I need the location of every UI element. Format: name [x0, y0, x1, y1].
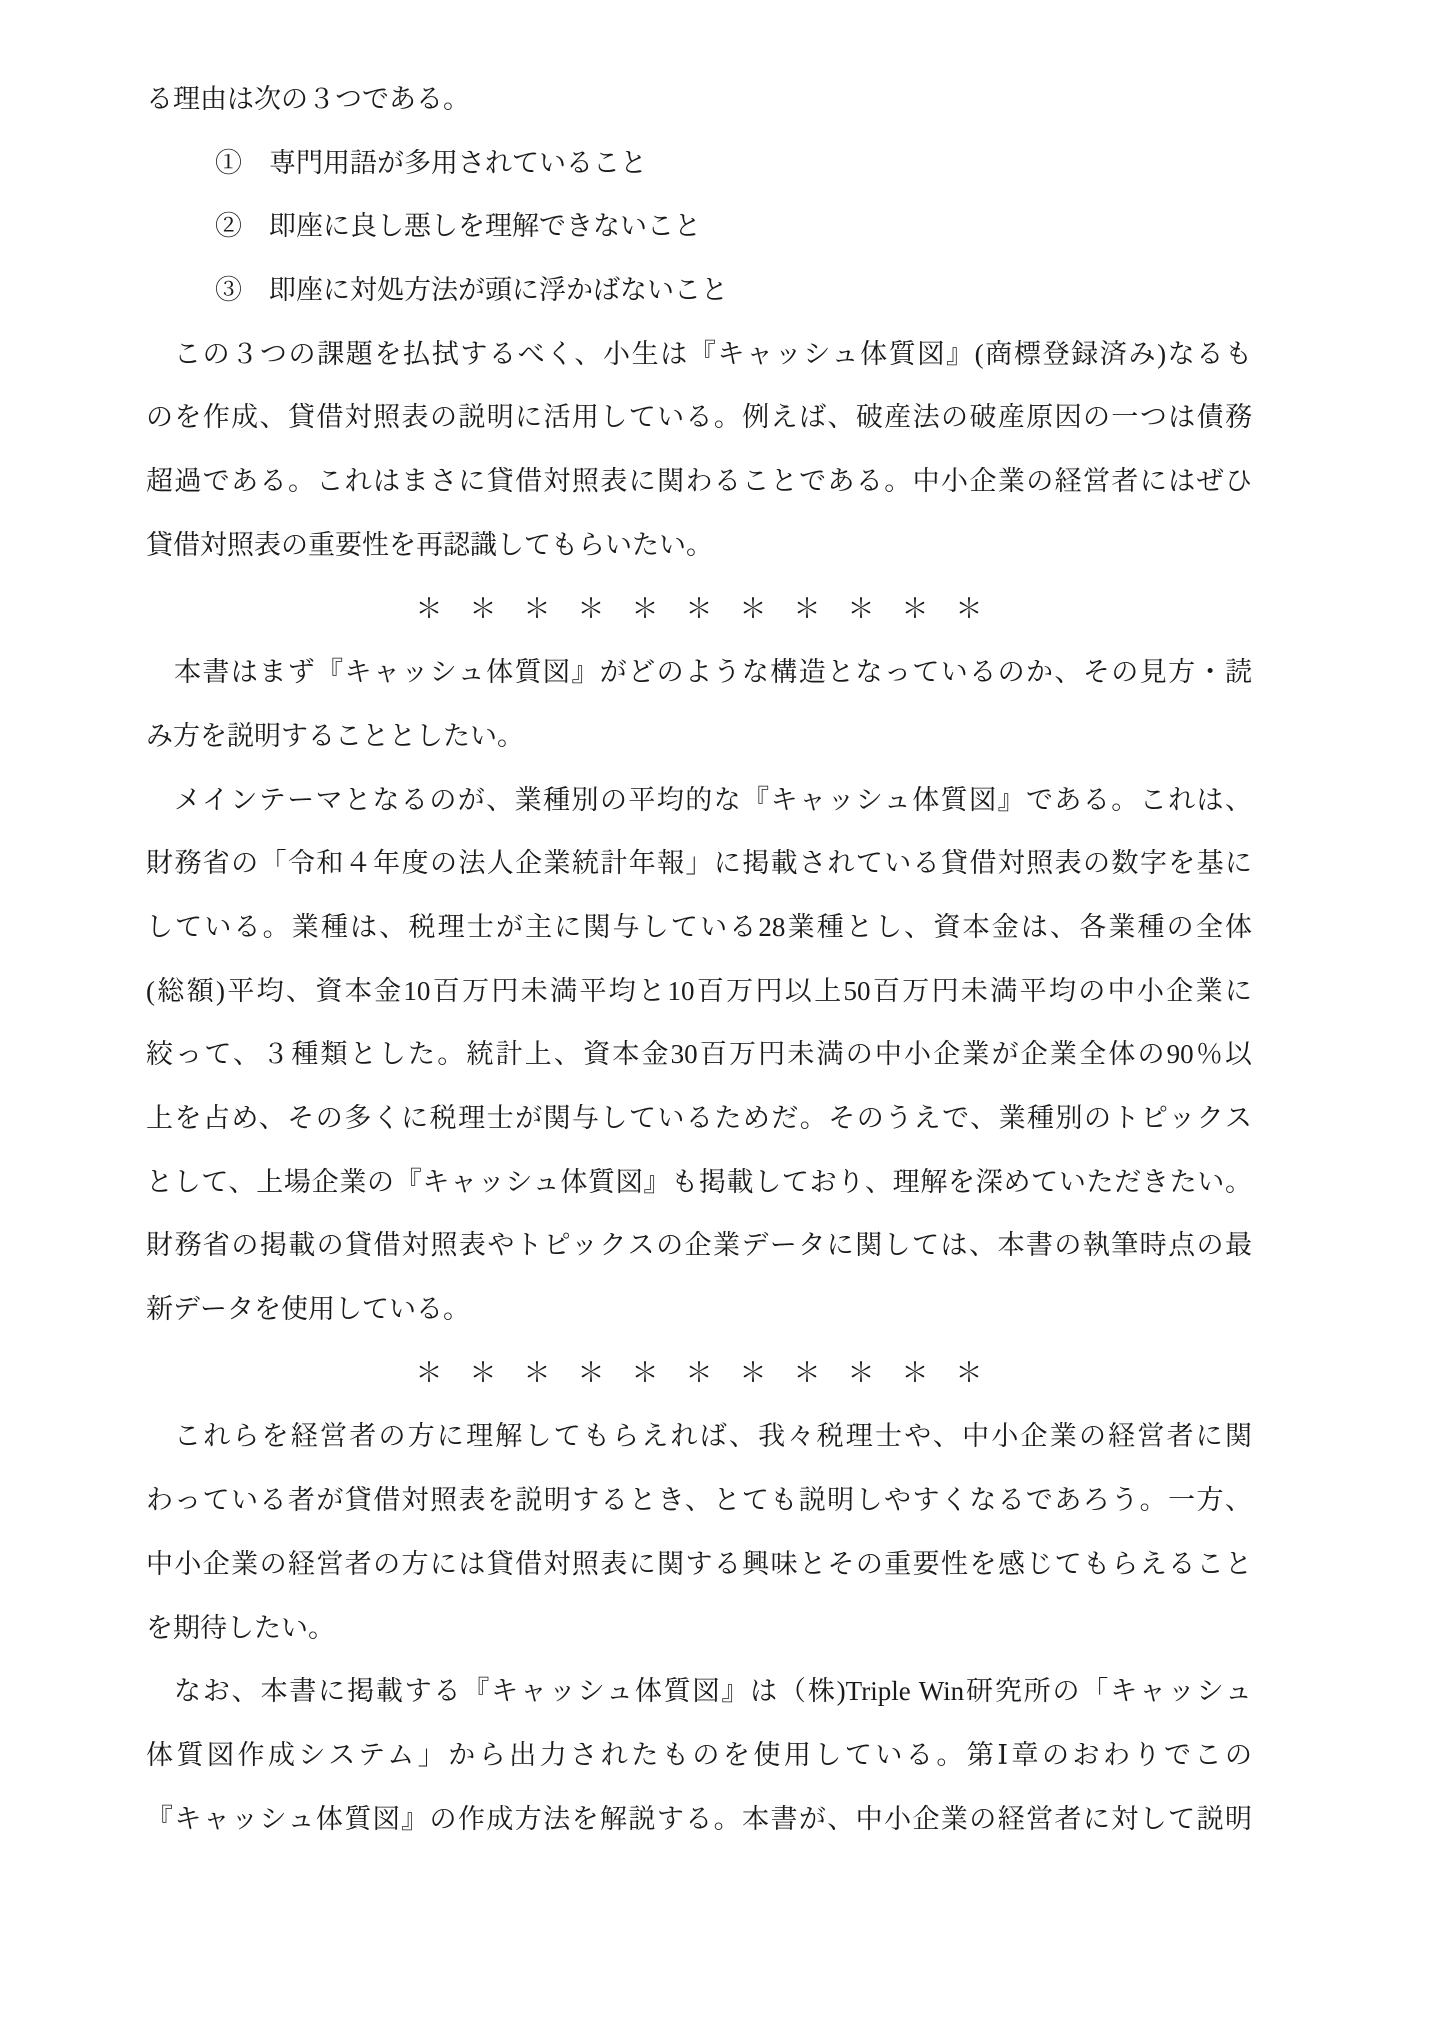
list-item-3: ③ 即座に対処方法が頭に浮かばないこと — [146, 259, 1252, 323]
text-line: 新データを使用している。 — [146, 1278, 1252, 1342]
text-line: 本書はまず『キャッシュ体質図』がどのような構造となっているのか、その見方・読 — [146, 641, 1252, 705]
text-line: 『キャッシュ体質図』の作成方法を解説する。本書が、中小企業の経営者に対して説明 — [146, 1788, 1252, 1852]
text-line: メインテーマとなるのが、業種別の平均的な『キャッシュ体質図』である。これは、 — [146, 769, 1252, 833]
text-line: わっている者が貸借対照表を説明するとき、とても説明しやすくなるであろう。一方、 — [146, 1469, 1252, 1533]
text-line: 財務省の「令和４年度の法人企業統計年報」に掲載されている貸借対照表の数字を基に — [146, 832, 1252, 896]
text-line: として、上場企業の『キャッシュ体質図』も掲載しており、理解を深めていただきたい。 — [146, 1151, 1252, 1215]
text-line: を期待したい。 — [146, 1597, 1252, 1661]
text-line: している。業種は、税理士が主に関与している28業種とし、資本金は、各業種の全体 — [146, 896, 1252, 960]
text-line: のを作成、貸借対照表の説明に活用している。例えば、破産法の破産原因の一つは債務 — [146, 386, 1252, 450]
text-column: る理由は次の３つである。 ① 専門用語が多用されていること ② 即座に良し悪しを… — [146, 68, 1252, 1851]
list-item-1: ① 専門用語が多用されていること — [146, 132, 1252, 196]
text-line: (総額)平均、資本金10百万円未満平均と10百万円以上50百万円未満平均の中小企… — [146, 960, 1252, 1024]
text-line: この３つの課題を払拭するべく、小生は『キャッシュ体質図』(商標登録済み)なるも — [146, 323, 1252, 387]
text-line: 体質図作成システム」から出力されたものを使用している。第Ⅰ章のおわりでこの — [146, 1724, 1252, 1788]
text-line: 財務省の掲載の貸借対照表やトピックスの企業データに関しては、本書の執筆時点の最 — [146, 1214, 1252, 1278]
text-line: 中小企業の経営者の方には貸借対照表に関する興味とその重要性を感じてもらえること — [146, 1533, 1252, 1597]
text-line: る理由は次の３つである。 — [146, 68, 1252, 132]
text-line: 絞って、３種類とした。統計上、資本金30百万円未満の中小企業が企業全体の90％以 — [146, 1023, 1252, 1087]
document-page: る理由は次の３つである。 ① 専門用語が多用されていること ② 即座に良し悪しを… — [0, 0, 1434, 2024]
text-line: み方を説明することとしたい。 — [146, 705, 1252, 769]
text-line: 超過である。これはまさに貸借対照表に関わることである。中小企業の経営者にはぜひ — [146, 450, 1252, 514]
text-line: なお、本書に掲載する『キャッシュ体質図』は（株)Triple Win研究所の「キ… — [146, 1660, 1252, 1724]
text-line: 上を占め、その多くに税理士が関与しているためだ。そのうえで、業種別のトピックス — [146, 1087, 1252, 1151]
separator-row: ＊ ＊ ＊ ＊ ＊ ＊ ＊ ＊ ＊ ＊ ＊ — [146, 1342, 1252, 1406]
text-line: これらを経営者の方に理解してもらえれば、我々税理士や、中小企業の経営者に関 — [146, 1405, 1252, 1469]
text-line: 貸借対照表の重要性を再認識してもらいたい。 — [146, 514, 1252, 578]
separator-row: ＊ ＊ ＊ ＊ ＊ ＊ ＊ ＊ ＊ ＊ ＊ — [146, 578, 1252, 642]
list-item-2: ② 即座に良し悪しを理解できないこと — [146, 195, 1252, 259]
